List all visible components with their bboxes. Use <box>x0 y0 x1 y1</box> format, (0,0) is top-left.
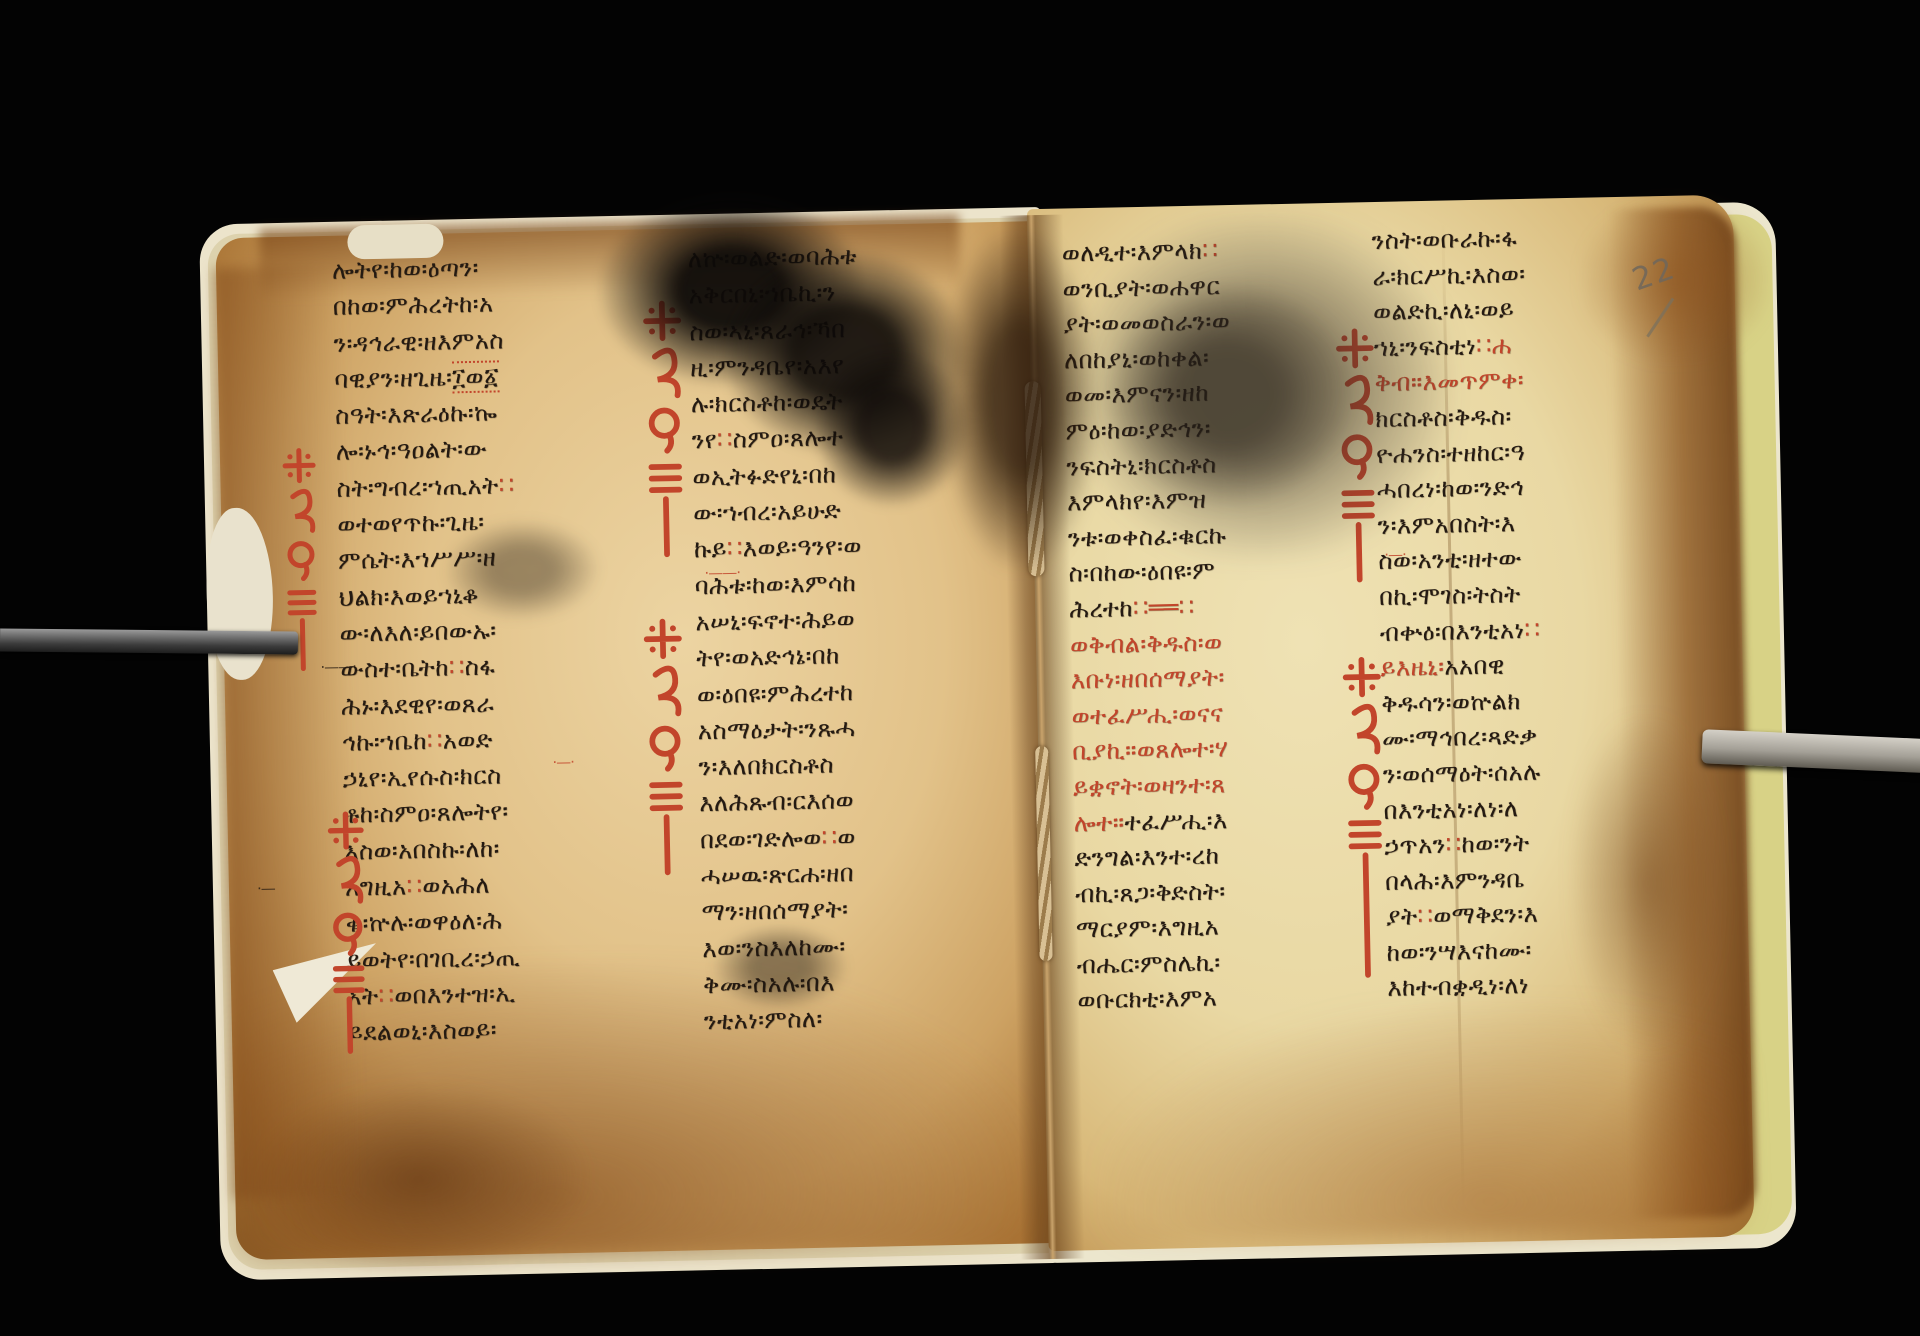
manuscript-text-line: ስ፡በከው፡ዕበዩ፡ም <box>1068 551 1344 592</box>
manuscript-text-line: ንቱ፡ወቀስፈ፡ቁርኩ <box>1067 516 1343 557</box>
manuscript-text-line: ይደልወኒ፡እስወይ፡ <box>348 1009 661 1052</box>
manuscript-text-line: ንስት፡ወቡራኩ፡ፋ <box>1371 218 1667 260</box>
manuscript-text-line: ሓበረነ፡ከወ፡ንድኅ <box>1377 467 1673 509</box>
manuscript-text-line: ወንቢያት፡ወሐዋር <box>1062 266 1338 307</box>
open-manuscript-book: ሎትየ፡ከወ፡ዕጣን፡በከወ፡ምሕረትከ፡አን፡ዳኅራዊ፡ዘእምአስባዊያን፡ዘ… <box>199 176 1800 1304</box>
manuscript-text-line: ምዕ፡ከወ፡ያድኅን፡ <box>1065 409 1341 450</box>
text-column-right-1: ወለዲተ፡እምላክ∷ወንቢያት፡ወሐዋርያት፡ወመወስራን፡ወለበከያኒ፡ወከቀ… <box>1061 231 1352 1020</box>
manuscript-text-line: ስወ፡አንቲ፡ዘተው <box>1378 538 1674 580</box>
margin-dash-mark: ·—· <box>552 753 574 771</box>
manuscript-text-line: ብቍዕ፡በእንቲአነ∷ <box>1379 609 1675 651</box>
manuscript-text-line: ወልድኪ፡ለኒ፡ወይ <box>1373 289 1669 331</box>
page-holder-rod-left <box>0 628 298 654</box>
manuscript-text-line: ወመ፡እምናን፡ዘከ <box>1064 373 1340 414</box>
manuscript-text-line: ለበከያኒ፡ወከቀል፡ <box>1064 338 1340 379</box>
manuscript-text-line: ንፍስትኒ፡ክርስቶስ <box>1066 444 1342 485</box>
red-section-number-ornament <box>323 807 372 1058</box>
manuscript-text-line: ያት፡ወመወስራን፡ወ <box>1063 302 1339 343</box>
margin-dash-mark: ·— <box>257 879 275 897</box>
text-column-left-1: ሎትየ፡ከወ፡ዕጣን፡በከወ፡ምሕረትከ፡አን፡ዳኅራዊ፡ዘእምአስባዊያን፡ዘ… <box>332 247 661 1052</box>
manuscript-text-line: ቅዱሳን፡ወኵልክ <box>1381 681 1677 723</box>
margin-dash-mark: ·——· <box>320 657 356 676</box>
manuscript-text-line: ያት∷ወማቅደን፡እ <box>1385 894 1681 936</box>
red-section-number-ornament <box>1331 324 1382 587</box>
red-section-number-ornament <box>639 603 691 892</box>
photograph-background: ሎትየ፡ከወ፡ዕጣን፡በከወ፡ምሕረትከ፡አን፡ዳኅራዊ፡ዘእምአስባዊያን፡ዘ… <box>0 0 1920 1336</box>
manuscript-text-line: ቢያኪ።ወጸሎተ፡ሃ <box>1072 729 1348 770</box>
margin-dash-mark: ·—· <box>1384 545 1406 563</box>
manuscript-text-line: ሕረተከ∷══∷ <box>1069 587 1345 628</box>
text-column-right-2: ንስት፡ወቡራኩ፡ፋራ፡ክርሥኪ፡እስወ፡ወልድኪ፡ለኒ፡ወይኀኒ፡ንፍስቲነ∷… <box>1371 218 1682 1007</box>
manuscript-text-line: እቡነ፡ዘበሰማያት፡ <box>1070 658 1346 699</box>
manuscript-text-line: ወለዲተ፡እምላክ∷ <box>1061 231 1337 272</box>
margin-dash-mark: ·——· <box>704 563 740 582</box>
manuscript-text-line: ድንግል፡እንተ፡ረከ <box>1074 836 1350 877</box>
text-column-left-2: ለኵ፡ወልድ፡ወባሕቱአቅርበኒ፡ኀቤኪ፡ንስወ፡ኣኒ፡ጸራኅ፡ኻበዚ፡ምንዳቤ… <box>688 236 1017 1041</box>
red-section-number-ornament <box>639 294 691 563</box>
manuscript-text-line: ኀኒ፡ንፍስቲነ∷ሐ <box>1374 325 1670 367</box>
manuscript-text-line: ወተፈሥሒ፡ወናና <box>1071 693 1347 734</box>
manuscript-text-line: ብሔር፡ምስሌኪ፡ <box>1076 943 1352 984</box>
manuscript-text-line: ራ፡ክርሥኪ፡እስወ፡ <box>1372 253 1668 295</box>
manuscript-text-line: ንቲአነ፡ምስለ፡ <box>703 998 1016 1041</box>
manuscript-text-line: ሙ፡ማኅበረ፡ጻድቃ <box>1382 716 1678 758</box>
manuscript-text-line: በኪ፡ሞገስ፡ትስት <box>1379 574 1675 616</box>
manuscript-text-line: ብኪ፡ጸጋ፡ቅድስት፡ <box>1075 871 1351 912</box>
manuscript-text-line: ሎተ።ተፈሥሒ፡እ <box>1073 800 1349 841</box>
manuscript-text-line: እምላክየ፡እምዝ <box>1067 480 1343 521</box>
manuscript-text-line: ን፡ወሰማዕት፡ሰአሉ <box>1382 752 1678 794</box>
red-section-number-ornament <box>1338 652 1391 983</box>
manuscript-text-line: ክርስቶስ፡ቅዱስ፡ <box>1375 396 1671 438</box>
manuscript-text-line: ኃጥአን∷ከወ፡ንት <box>1384 823 1680 865</box>
manuscript-text-line: ን፡እምአበስት፡እ <box>1377 503 1673 545</box>
manuscript-text-line: እከተብቋዲነ፡ለነ <box>1387 965 1683 1007</box>
manuscript-text-line: ወቅብል፡ቅዱስ፡ወ <box>1070 622 1346 663</box>
manuscript-text-line: ማርያም፡እግዚአ <box>1076 907 1352 948</box>
manuscript-text-line: ቅብ።እመጥምቀ፡ <box>1374 360 1670 402</box>
manuscript-text-line: በእንቲአነ፡ለነ፡ለ <box>1383 787 1679 829</box>
manuscript-text-line: ይእዜኒ፡አአበዊ <box>1380 645 1676 687</box>
manuscript-text-line: ወቡርክቲ፡እምአ <box>1077 978 1353 1019</box>
manuscript-text-line: ዮሐንስ፡ተዘከር፡ዓ <box>1376 431 1672 473</box>
manuscript-text-line: ከወ፡ንሣእናከሙ፡ <box>1386 930 1682 972</box>
manuscript-text-line: ይቋኖት፡ወዛንተ፡ጸ <box>1073 765 1349 806</box>
manuscript-text-line: በላሕ፡እምንዳቤ <box>1385 858 1681 900</box>
